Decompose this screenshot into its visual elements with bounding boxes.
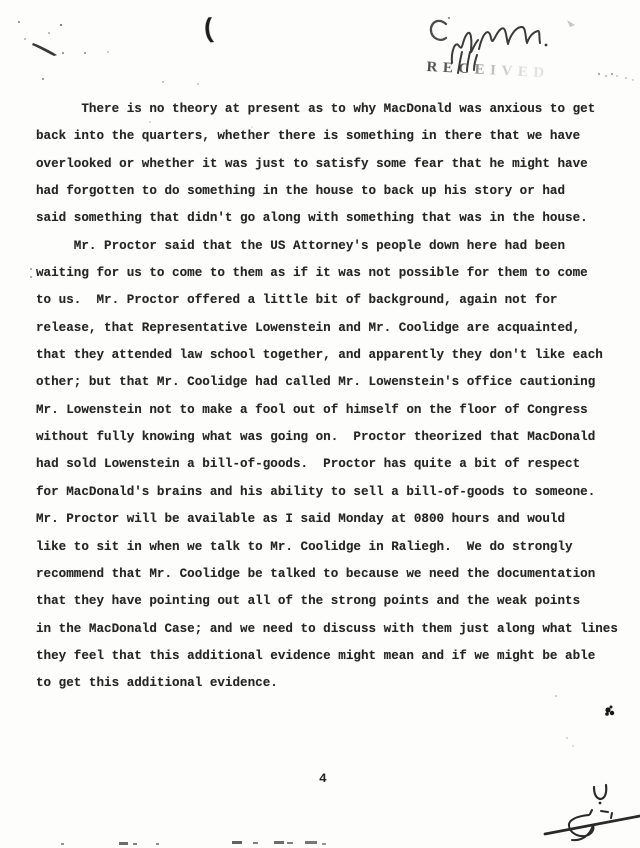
text-line: had sold Lowenstein a bill-of-goods. Pro… <box>36 451 628 478</box>
text-line: they feel that this additional evidence … <box>36 643 628 670</box>
text-line: for MacDonald's brains and his ability t… <box>36 479 628 506</box>
bottom-edge-smudges-mark <box>61 841 326 845</box>
signature-scribble-mark <box>545 810 640 840</box>
text-line: recommend that Mr. Coolidge be talked to… <box>36 561 628 588</box>
text-line: Mr. Lowenstein not to make a fool out of… <box>36 397 628 424</box>
topleft-specks-mark <box>18 21 199 85</box>
received-stamp: RECEIVED <box>426 59 550 82</box>
text-line: overlooked or whether it was just to sat… <box>36 151 628 178</box>
stamp-edge-dots-mark <box>598 73 634 81</box>
text-line: that they have pointing out all of the s… <box>36 588 628 615</box>
text-line: like to sit in when we talk to Mr. Cooli… <box>36 534 628 561</box>
document-body: There is no theory at present as to why … <box>36 96 628 698</box>
handwritten-u-mark <box>594 785 606 804</box>
margin-colon-mark <box>30 268 32 278</box>
ink-blot-mark <box>605 706 614 716</box>
scanned-document-page: ( RECEIVED There is no theory at present… <box>0 0 640 848</box>
text-line: said something that didn't go along with… <box>36 205 628 232</box>
stray-paren-mark: ( <box>200 15 219 46</box>
text-line: Mr. Proctor will be available as I said … <box>36 506 628 533</box>
text-line: release, that Representative Lowenstein … <box>36 315 628 342</box>
gray-fleck-mark <box>567 20 575 27</box>
c-curve-mark <box>431 17 450 40</box>
text-line: There is no theory at present as to why … <box>36 96 628 123</box>
text-line: that they attended law school together, … <box>36 342 628 369</box>
page-number: 4 <box>319 771 327 786</box>
text-line: back into the quarters, whether there is… <box>36 123 628 150</box>
text-line: had forgotten to do something in the hou… <box>36 178 628 205</box>
text-line: without fully knowing what was going on.… <box>36 424 628 451</box>
text-line: in the MacDonald Case; and we need to di… <box>36 616 628 643</box>
text-line: to us. Mr. Proctor offered a little bit … <box>36 287 628 314</box>
text-line: waiting for us to come to them as if it … <box>36 260 628 287</box>
text-line: other; but that Mr. Coolidge had called … <box>36 369 628 396</box>
text-line: to get this additional evidence. <box>36 670 628 697</box>
text-line: Mr. Proctor said that the US Attorney's … <box>36 233 628 260</box>
